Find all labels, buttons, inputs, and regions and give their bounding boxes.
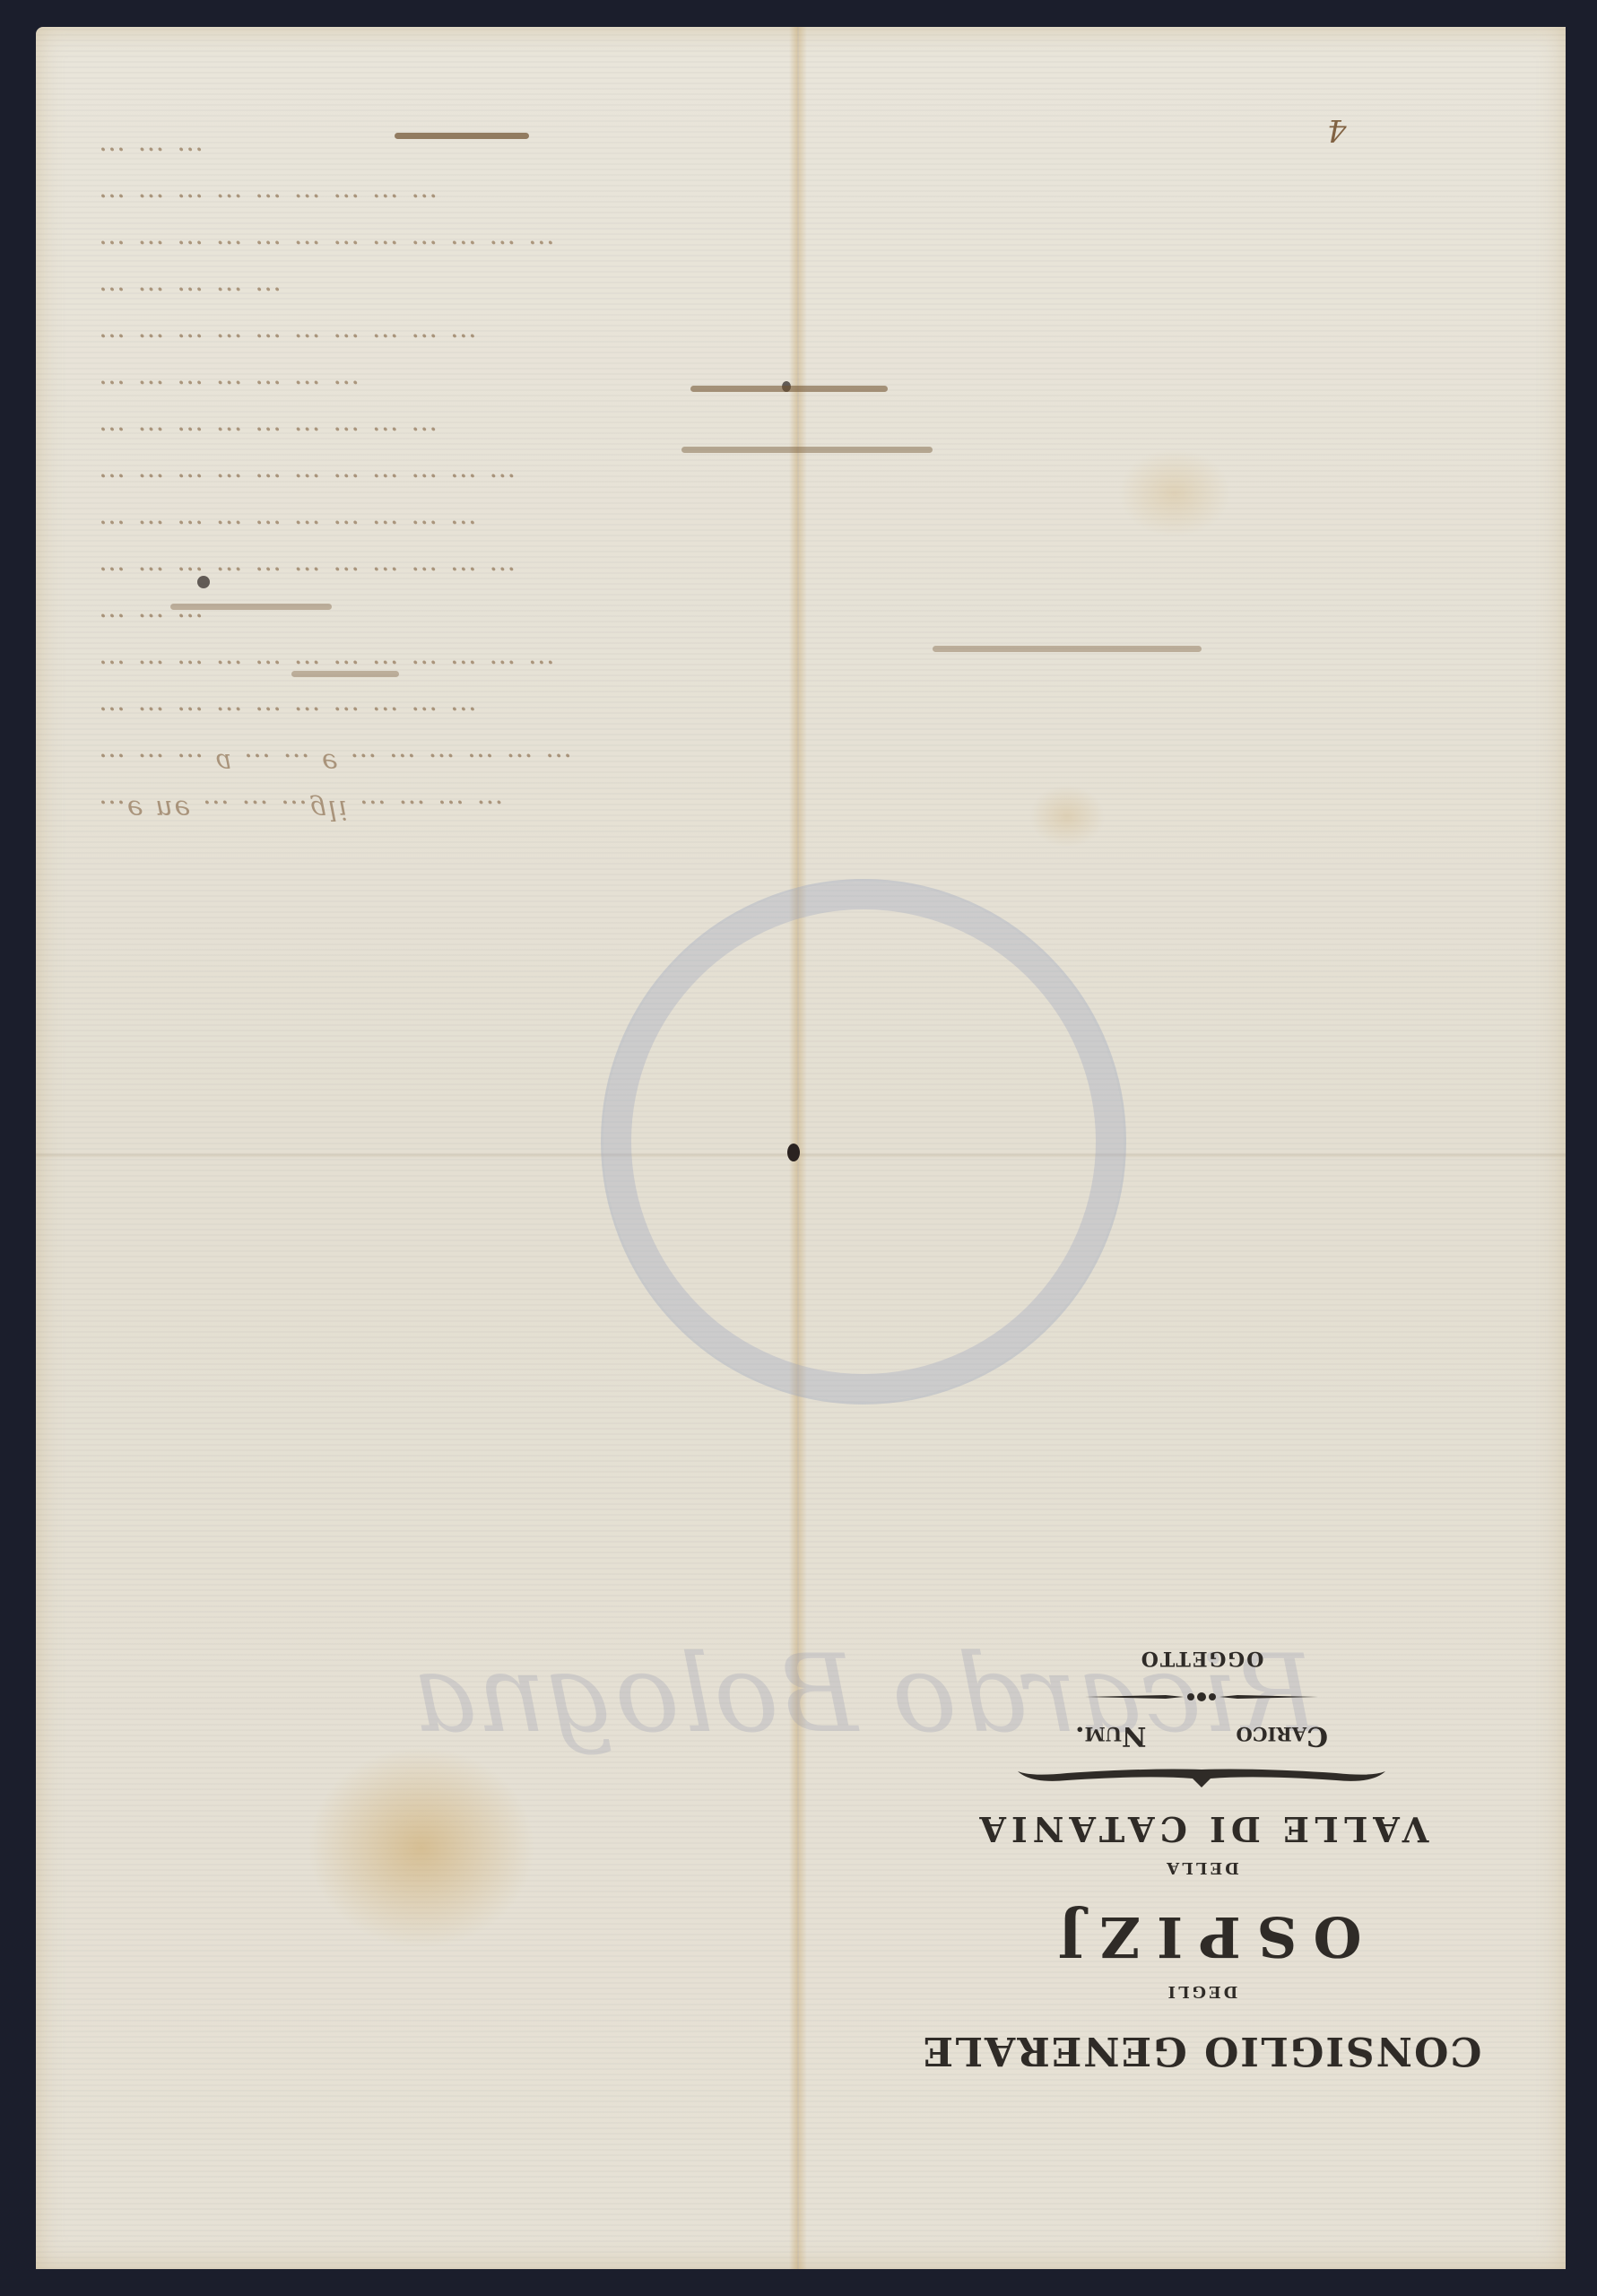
ornamental-rule-icon (1013, 1764, 1390, 1791)
printed-letterhead: CONSIGLIO GENERALE DEGLI OSPIZJ DELLA VA… (906, 1578, 1497, 2081)
ink-stroke (690, 386, 888, 392)
ink-stroke (681, 447, 933, 453)
letterhead-carico: Carico (1237, 1720, 1328, 1752)
handwritten-text: …e ne … … …gli … … … … … … … a … … e … …… (99, 126, 1264, 825)
handwriting-line: … … … a … … e … … … … … … (99, 732, 1264, 778)
handwriting-line: … … … … … … … … … (99, 172, 1264, 219)
handwriting-line: … … … (99, 592, 1264, 639)
handwriting-line: … … … … … … … … … … (99, 312, 1264, 359)
handwriting-line: …e ne … … …gli … … … … (99, 778, 1264, 825)
seal-watermark (601, 879, 1126, 1405)
letterhead-fields: Carico Num. (906, 1720, 1497, 1752)
letterhead-num: Num. (1075, 1720, 1146, 1752)
ink-blot (787, 1144, 800, 1161)
letterhead-degli: DEGLI (906, 1982, 1497, 2001)
letterhead-della: DELLA (906, 1858, 1497, 1877)
dotted-ornament-icon (1085, 1690, 1318, 1704)
handwriting-line: … … … … … … … … … … … … (99, 219, 1264, 265)
handwriting-line: … … … … … … … … … … (99, 499, 1264, 545)
handwriting-line: … … … … … … … … … … … (99, 545, 1264, 592)
ink-stroke (291, 671, 399, 677)
letterhead-title: CONSIGLIO GENERALE (906, 2028, 1497, 2074)
handwriting-line: … … … … … (99, 265, 1264, 312)
ink-stroke (170, 604, 332, 610)
letterhead-ospizi: OSPIZJ (906, 1904, 1497, 1970)
ink-stroke (395, 133, 529, 139)
page-number: 4 (1327, 112, 1347, 148)
handwriting-line: … … … (99, 126, 1264, 172)
handwriting-line: … … … … … … … … … … … (99, 452, 1264, 499)
handwriting-line: … … … … … … … … … … (99, 685, 1264, 732)
ink-stroke (933, 646, 1202, 652)
handwriting-line: … … … … … … … … … (99, 405, 1264, 452)
letterhead-valle: VALLE DI CATANIA (906, 1809, 1497, 1849)
letterhead-oggetto: OGGETTO (906, 1647, 1497, 1670)
handwriting-line: … … … … … … … (99, 359, 1264, 405)
